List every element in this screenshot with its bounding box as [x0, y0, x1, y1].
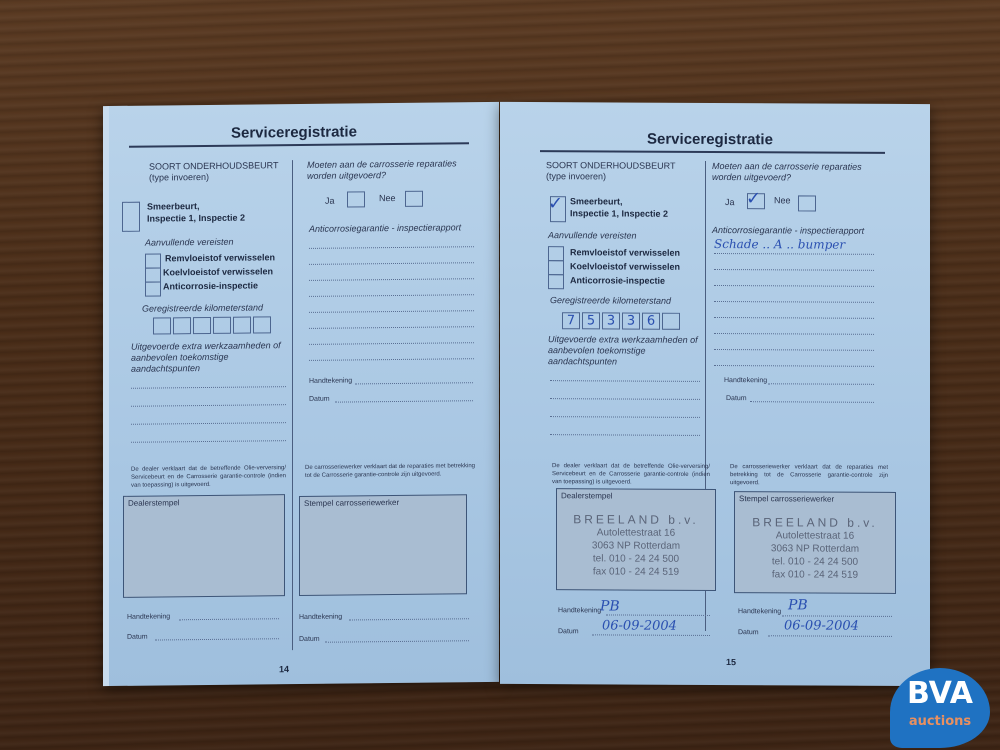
item-brake-fluid: Remvloeistof verwisselen — [165, 252, 275, 264]
stamp-fax: fax 010 - 24 24 519 — [557, 565, 715, 579]
item-coolant: Koelvloeistof verwisselen — [163, 266, 273, 278]
handwritten-check-mark: ✓ — [548, 194, 563, 212]
stamp-street: Autolettestraat 16 — [735, 529, 895, 543]
body-date-label: Datum — [299, 634, 320, 645]
body-stamp: BREELAND b.v. Autolettestraat 16 3063 NP… — [735, 516, 895, 582]
item-anticorrosion: Anticorrosie-inspectie — [163, 280, 258, 292]
left-page: Serviceregistratie SOORT ONDERHOUDSBEURT… — [103, 102, 499, 686]
extra-work-line-1[interactable] — [550, 380, 700, 382]
report-line-8[interactable] — [714, 365, 874, 367]
stamp-street: Autolettestraat 16 — [557, 526, 715, 540]
extra-work-line-2[interactable] — [131, 404, 286, 407]
yes-label: Ja — [725, 197, 735, 208]
body-stamp-box: Stempel carrosseriewerker — [299, 494, 467, 596]
item-brake-fluid: Remvloeistof verwisselen — [570, 247, 680, 259]
checkbox-anticorrosion[interactable] — [548, 274, 564, 289]
km-digit-box[interactable]: 7 — [562, 312, 580, 329]
body-handwritten-signature: PB — [788, 597, 808, 613]
extra-work-line-4[interactable] — [550, 434, 700, 436]
km-digit-box[interactable] — [153, 317, 171, 334]
body-stamp-box: Stempel carrosseriewerker BREELAND b.v. … — [734, 491, 896, 594]
report-line-1[interactable] — [714, 253, 874, 255]
right-page: Serviceregistratie SOORT ONDERHOUDSBEURT… — [500, 102, 930, 686]
handwritten-yes-mark: ✓ — [746, 189, 761, 207]
page-number: 15 — [726, 657, 736, 667]
extra-work-line-3[interactable] — [550, 416, 700, 418]
anticorrosion-report-label: Anticorrosiegarantie - inspectierapport — [309, 222, 461, 235]
additional-requirements-label: Aanvullende vereisten — [145, 237, 234, 249]
km-digit-box[interactable]: 3 — [602, 312, 620, 329]
dealer-declaration: De dealer verklaart dat de betreffende O… — [552, 462, 710, 487]
body-handwritten-date: 06-09-2004 — [784, 618, 859, 633]
no-label: Nee — [379, 193, 396, 204]
dealer-date-label: Datum — [558, 626, 579, 637]
dealer-handwritten-date: 06-09-2004 — [602, 618, 677, 633]
checkbox-brake-fluid[interactable] — [145, 253, 161, 268]
extra-work-line-1[interactable] — [131, 386, 286, 389]
dealer-stamp-label: Dealerstempel — [561, 491, 613, 500]
checkbox-coolant[interactable] — [145, 267, 161, 282]
report-line-4[interactable] — [714, 301, 874, 303]
body-date-label: Datum — [738, 627, 759, 638]
report-date-label: Datum — [309, 394, 330, 405]
yes-label: Ja — [325, 196, 335, 207]
no-label: Nee — [774, 195, 791, 206]
dealer-signature-label: Handtekening — [558, 605, 601, 616]
item-coolant: Koelvloeistof verwisselen — [570, 261, 680, 273]
report-line-7[interactable] — [309, 342, 474, 345]
maintenance-type-label: SOORT ONDERHOUDSBEURT (type invoeren) — [149, 160, 289, 183]
body-signature-line[interactable] — [349, 618, 469, 620]
report-date-line[interactable] — [335, 400, 473, 402]
stamp-company: BREELAND b.v. — [557, 513, 715, 527]
report-signature-label: Handtekening — [724, 375, 767, 386]
report-line-1[interactable] — [309, 246, 474, 249]
maintenance-type-checkbox[interactable] — [122, 202, 140, 232]
stamp-city: 3063 NP Rotterdam — [735, 542, 895, 556]
column-divider — [292, 160, 293, 650]
report-date-label: Datum — [726, 393, 747, 404]
extra-work-line-3[interactable] — [131, 422, 286, 425]
body-stamp-label: Stempel carrosseriewerker — [739, 494, 834, 503]
stamp-tel: tel. 010 - 24 24 500 — [557, 552, 715, 566]
body-date-line[interactable] — [325, 640, 469, 643]
extra-work-label: Uitgevoerde extra werkzaamheden of aanbe… — [548, 334, 708, 368]
km-digit-box[interactable] — [193, 317, 211, 334]
logo-name: BVA — [890, 676, 990, 711]
stamp-city: 3063 NP Rotterdam — [557, 539, 715, 553]
extra-work-label: Uitgevoerde extra werkzaamheden of aanbe… — [131, 340, 291, 375]
body-question: Moeten aan de carrosserie reparaties wor… — [307, 158, 487, 182]
km-digit-box[interactable] — [173, 317, 191, 334]
dealer-signature-line[interactable] — [179, 618, 279, 620]
checkbox-brake-fluid[interactable] — [548, 246, 564, 261]
km-digit-box[interactable]: 6 — [642, 313, 660, 330]
option-smeerbeurt: Smeerbeurt, — [570, 196, 623, 207]
body-stamp-label: Stempel carrosseriewerker — [304, 498, 399, 508]
report-line-5[interactable] — [714, 317, 874, 319]
km-digit-box[interactable] — [253, 316, 271, 333]
report-signature-label: Handtekening — [309, 375, 352, 386]
dealer-date-line[interactable] — [592, 634, 710, 636]
km-digit-box[interactable] — [233, 317, 251, 334]
report-line-4[interactable] — [309, 294, 474, 297]
km-digit-box[interactable] — [213, 317, 231, 334]
title-rule — [540, 150, 885, 154]
dealer-stamp-label: Dealerstempel — [128, 498, 180, 508]
extra-work-line-2[interactable] — [550, 398, 700, 400]
body-signature-label: Handtekening — [299, 612, 342, 623]
report-line-5[interactable] — [309, 310, 474, 313]
no-checkbox[interactable] — [798, 195, 816, 211]
title-rule — [129, 142, 469, 148]
no-checkbox[interactable] — [405, 191, 423, 207]
km-label: Geregistreerde kilometerstand — [550, 295, 671, 307]
page-number: 14 — [279, 664, 289, 674]
report-line-7[interactable] — [714, 349, 874, 351]
option-inspectie: Inspectie 1, Inspectie 2 — [147, 213, 245, 225]
handwritten-anticorrosion-note: Schade .. A .. bumper — [714, 237, 845, 252]
dealer-stamp-box: Dealerstempel BREELAND b.v. Autolettestr… — [556, 488, 716, 591]
report-line-2[interactable] — [309, 262, 474, 265]
report-signature-line[interactable] — [355, 382, 473, 384]
km-digit-box[interactable] — [662, 313, 680, 330]
report-line-6[interactable] — [714, 333, 874, 335]
report-line-8[interactable] — [309, 358, 474, 361]
report-line-2[interactable] — [714, 269, 874, 271]
page-title: Serviceregistratie — [647, 131, 773, 149]
dealer-signature-label: Handtekening — [127, 611, 170, 622]
dealer-date-label: Datum — [127, 632, 148, 643]
report-line-3[interactable] — [714, 285, 874, 287]
body-signature-label: Handtekening — [738, 606, 781, 617]
stamp-tel: tel. 010 - 24 24 500 — [735, 555, 895, 569]
checkbox-coolant[interactable] — [548, 260, 564, 275]
km-digit-box[interactable]: 5 — [582, 312, 600, 329]
km-digit-box[interactable]: 3 — [622, 313, 640, 330]
checkbox-anticorrosion[interactable] — [145, 281, 161, 296]
additional-requirements-label: Aanvullende vereisten — [548, 230, 637, 241]
report-line-3[interactable] — [309, 278, 474, 281]
yes-checkbox[interactable] — [347, 191, 365, 207]
option-inspectie: Inspectie 1, Inspectie 2 — [570, 208, 668, 220]
report-date-line[interactable] — [750, 401, 874, 403]
dealer-stamp: BREELAND b.v. Autolettestraat 16 3063 NP… — [557, 513, 715, 579]
dealer-stamp-box: Dealerstempel — [123, 494, 285, 598]
item-anticorrosion: Anticorrosie-inspectie — [570, 275, 665, 286]
stamp-fax: fax 010 - 24 24 519 — [735, 568, 895, 582]
extra-work-line-4[interactable] — [131, 440, 286, 443]
body-signature-line[interactable] — [782, 615, 892, 617]
report-line-6[interactable] — [309, 326, 474, 329]
body-date-line[interactable] — [768, 635, 892, 637]
maintenance-type-label: SOORT ONDERHOUDSBEURT (type invoeren) — [546, 160, 696, 183]
km-label: Geregistreerde kilometerstand — [142, 302, 263, 314]
report-signature-line[interactable] — [768, 383, 874, 385]
option-smeerbeurt: Smeerbeurt, — [147, 201, 200, 213]
page-title: Serviceregistratie — [231, 123, 357, 141]
stamp-company: BREELAND b.v. — [735, 516, 895, 530]
dealer-declaration: De dealer verklaart dat de betreffende O… — [131, 464, 286, 490]
bva-auctions-logo: BVA auctions — [890, 668, 990, 748]
body-declaration: De carrosseriewerker verklaart dat de re… — [730, 463, 888, 488]
dealer-handwritten-signature: PB — [600, 598, 620, 614]
body-question: Moeten aan de carrosserie reparaties wor… — [712, 161, 892, 184]
body-declaration: De carrosseriewerker verklaart dat de re… — [305, 462, 475, 480]
dealer-date-line[interactable] — [155, 638, 279, 640]
anticorrosion-report-label: Anticorrosiegarantie - inspectierapport — [712, 225, 864, 237]
logo-sub: auctions — [890, 714, 990, 729]
dealer-signature-line[interactable] — [606, 614, 710, 616]
